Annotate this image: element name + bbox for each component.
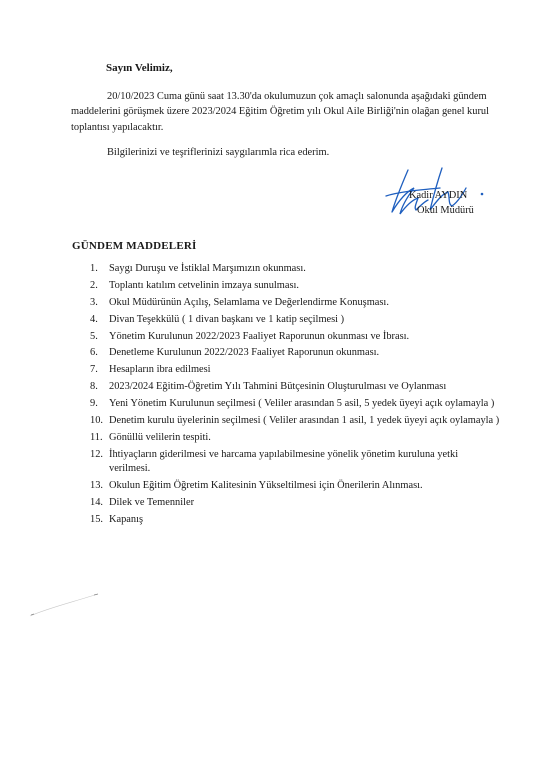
agenda-item: 11.Gönüllü velilerin tespiti. — [90, 431, 500, 445]
pen-mark — [28, 590, 108, 620]
agenda-item: 6.Denetleme Kurulunun 2022/2023 Faaliyet… — [90, 346, 500, 360]
agenda-item: 7.Hesapların ibra edilmesi — [90, 363, 500, 377]
agenda-item: 5.Yönetim Kurulunun 2022/2023 Faaliyet R… — [90, 330, 500, 344]
agenda-item-text: İhtiyaçların giderilmesi ve harcama yapı… — [109, 449, 458, 474]
closing-paragraph: Bilgilerinizi ve teşriflerinizi saygılar… — [71, 145, 491, 160]
signatory-title: Okul Müdürü — [417, 205, 474, 216]
agenda-item: 13.Okulun Eğitim Öğretim Kalitesinin Yük… — [90, 479, 500, 493]
agenda-item-number: 14. — [90, 496, 103, 510]
agenda-list: 1.Saygı Duruşu ve İstiklal Marşımızın ok… — [90, 262, 500, 530]
agenda-item: 10.Denetim kurulu üyelerinin seçilmesi (… — [90, 414, 500, 428]
agenda-item-text: Divan Teşekkülü ( 1 divan başkanı ve 1 k… — [109, 314, 344, 325]
agenda-item: 3.Okul Müdürünün Açılış, Selamlama ve De… — [90, 296, 500, 310]
invitation-paragraph: 20/10/2023 Cuma günü saat 13.30'da okulu… — [71, 89, 491, 135]
agenda-item-number: 2. — [90, 279, 98, 293]
agenda-item-number: 7. — [90, 363, 98, 377]
agenda-item-number: 13. — [90, 479, 103, 493]
agenda-item-text: Okul Müdürünün Açılış, Selamlama ve Değe… — [109, 297, 389, 308]
agenda-item-text: Saygı Duruşu ve İstiklal Marşımızın okun… — [109, 263, 306, 274]
agenda-item: 4.Divan Teşekkülü ( 1 divan başkanı ve 1… — [90, 313, 500, 327]
signatory-name: Kadir AYDIN — [409, 190, 467, 201]
agenda-item-text: Dilek ve Temenniler — [109, 497, 194, 508]
agenda-item-number: 1. — [90, 262, 98, 276]
agenda-item-text: Kapanış — [109, 514, 143, 525]
agenda-item-number: 4. — [90, 313, 98, 327]
agenda-item-text: Denetim kurulu üyelerinin seçilmesi ( Ve… — [109, 415, 499, 426]
agenda-item-text: Yeni Yönetim Kurulunun seçilmesi ( Velil… — [109, 398, 494, 409]
agenda-item-number: 11. — [90, 431, 103, 445]
agenda-item-number: 10. — [90, 414, 103, 428]
salutation: Sayın Velimiz, — [106, 62, 173, 74]
agenda-item: 8.2023/2024 Eğitim-Öğretim Yılı Tahmini … — [90, 380, 500, 394]
agenda-item-text: Okulun Eğitim Öğretim Kalitesinin Yüksel… — [109, 480, 423, 491]
agenda-item-number: 15. — [90, 513, 103, 527]
agenda-item-number: 5. — [90, 330, 98, 344]
agenda-item-text: Denetleme Kurulunun 2022/2023 Faaliyet R… — [109, 347, 379, 358]
agenda-item: 1.Saygı Duruşu ve İstiklal Marşımızın ok… — [90, 262, 500, 276]
agenda-item-number: 9. — [90, 397, 98, 411]
agenda-item-text: Hesapların ibra edilmesi — [109, 364, 211, 375]
agenda-item-number: 6. — [90, 346, 98, 360]
agenda-item: 9.Yeni Yönetim Kurulunun seçilmesi ( Vel… — [90, 397, 500, 411]
agenda-item-number: 8. — [90, 380, 98, 394]
agenda-item: 12.İhtiyaçların giderilmesi ve harcama y… — [90, 448, 500, 476]
agenda-item-text: Yönetim Kurulunun 2022/2023 Faaliyet Rap… — [109, 331, 409, 342]
agenda-item: 2.Toplantı katılım cetvelinin imzaya sun… — [90, 279, 500, 293]
agenda-item-text: Toplantı katılım cetvelinin imzaya sunul… — [109, 280, 299, 291]
agenda-item: 15.Kapanış — [90, 513, 500, 527]
agenda-item-number: 12. — [90, 448, 103, 462]
agenda-item-text: Gönüllü velilerin tespiti. — [109, 432, 211, 443]
agenda-item-number: 3. — [90, 296, 98, 310]
agenda-item: 14.Dilek ve Temenniler — [90, 496, 500, 510]
agenda-item-text: 2023/2024 Eğitim-Öğretim Yılı Tahmini Bü… — [109, 381, 446, 392]
agenda-title: GÜNDEM MADDELERİ — [72, 240, 197, 252]
